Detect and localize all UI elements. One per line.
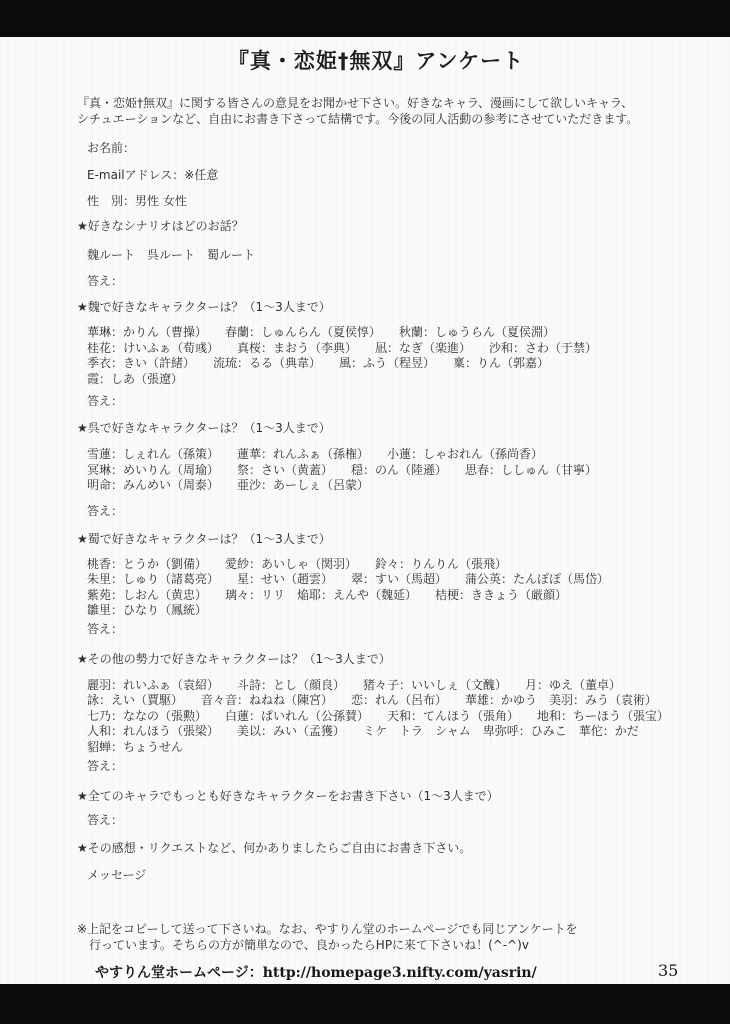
- question-wei: ★魏で好きなキャラクターは？（1～3人まで） 華琳：かりん（曹操） 春蘭：しゅん…: [77, 299, 675, 409]
- others-line: 麗羽：れいふぁ（袁紹） 斗詩：とし（顔良） 猪々子：いいしぇ（文醜） 月：ゆえ（…: [87, 678, 675, 694]
- shu-character-list: 桃香：とうか（劉備） 愛紗：あいしゃ（関羽） 鈴々：りんりん（張飛） 朱里：しゅ…: [77, 557, 675, 619]
- shu-line: 桃香：とうか（劉備） 愛紗：あいしゃ（関羽） 鈴々：りんりん（張飛）: [87, 557, 675, 573]
- others-line: 貂蝉：ちょうせん: [87, 740, 675, 756]
- wei-character-list: 華琳：かりん（曹操） 春蘭：しゅんらん（夏侯惇） 秋蘭：しゅうらん（夏侯淵） 桂…: [77, 325, 675, 387]
- question-shu-heading: ★蜀で好きなキャラクターは？（1～3人まで）: [77, 531, 675, 547]
- question-others: ★その他の勢力で好きなキャラクターは？（1～3人まで） 麗羽：れいふぁ（袁紹） …: [77, 651, 675, 775]
- answer-label: 答え：: [77, 621, 675, 637]
- question-wei-heading: ★魏で好きなキャラクターは？（1～3人まで）: [77, 299, 675, 315]
- others-line: 人和：れんほう（張梁） 美以：みい（孟獲） ミケ トラ シャム 卑弥呼：ひみこ …: [87, 724, 675, 740]
- homepage-footer: やすりん堂ホームページ：http://homepage3.nifty.com/y…: [77, 964, 675, 982]
- question-comments-heading: ★その感想・リクエストなど、何かありましたらご自由にお書き下さい。: [77, 840, 675, 856]
- question-wu: ★呉で好きなキャラクターは？（1～3人まで） 雪蓮：しぇれん（孫策） 蓮華：れん…: [77, 420, 675, 519]
- intro-paragraph: 『真・恋姫†無双』に関する皆さんの意見をお聞かせ下さい。好きなキャラ、漫画にして…: [77, 95, 675, 127]
- question-overall-heading: ★全てのキャラでもっとも好きなキャラクターをお書き下さい（1～3人まで）: [77, 788, 675, 804]
- copy-note: ※上記をコピーして送って下さいね。なお、やすりん堂のホームページでも同じアンケー…: [77, 921, 675, 953]
- shu-line: 雛里：ひなり（鳳統）: [87, 603, 675, 619]
- answer-label: 答え：: [77, 758, 675, 774]
- page-number: 35: [658, 960, 678, 982]
- bottom-border: [0, 984, 730, 1024]
- wu-line: 冥琳：めいりん（周瑜） 祭：さい（黄蓋） 穏：のん（陸遜） 思春：ししゅん（甘寧…: [87, 463, 675, 479]
- homepage-url: http://homepage3.nifty.com/yasrin/: [263, 965, 537, 981]
- others-line: 七乃：ななの（張勲） 白蓮：ぱいれん（公孫賛） 天和：てんほう（張角） 地和：ち…: [87, 709, 675, 725]
- question-comments: ★その感想・リクエストなど、何かありましたらご自由にお書き下さい。 メッセージ: [77, 840, 675, 883]
- message-label: メッセージ: [77, 867, 675, 883]
- scenario-options: 魏ルート 呉ルート 蜀ルート: [77, 247, 675, 263]
- homepage-label: やすりん堂ホームページ：: [95, 965, 263, 981]
- answer-label: 答え：: [77, 812, 675, 828]
- wu-line: 明命：みんめい（周泰） 亜沙：あーしぇ（呂蒙）: [87, 478, 675, 494]
- question-wu-heading: ★呉で好きなキャラクターは？（1～3人まで）: [77, 420, 675, 436]
- others-character-list: 麗羽：れいふぁ（袁紹） 斗詩：とし（顔良） 猪々子：いいしぇ（文醜） 月：ゆえ（…: [77, 678, 675, 756]
- gender-field-label: 性 別：男性 女性: [77, 193, 675, 209]
- question-overall: ★全てのキャラでもっとも好きなキャラクターをお書き下さい（1～3人まで） 答え：: [77, 788, 675, 828]
- others-line: 詠：えい（賈駆） 音々音：ねねね（陳宮） 恋：れん（呂布） 華雄：かゆう 美羽：…: [87, 693, 675, 709]
- answer-label: 答え：: [77, 273, 675, 289]
- wu-line: 雪蓮：しぇれん（孫策） 蓮華：れんふぁ（孫権） 小蓮：しゃおれん（孫尚香）: [87, 447, 675, 463]
- answer-label: 答え：: [77, 503, 675, 519]
- questionnaire-page: 『真・恋姫†無双』アンケート 『真・恋姫†無双』に関する皆さんの意見をお聞かせ下…: [0, 37, 730, 982]
- email-field-label: E-mailアドレス：※任意: [77, 167, 675, 183]
- question-others-heading: ★その他の勢力で好きなキャラクターは？（1～3人まで）: [77, 651, 675, 667]
- name-field-label: お名前：: [77, 140, 675, 156]
- copy-note-line-1: ※上記をコピーして送って下さいね。なお、やすりん堂のホームページでも同じアンケー…: [77, 921, 675, 937]
- question-scenario-heading: ★好きなシナリオはどのお話？: [77, 218, 675, 234]
- page-title: 『真・恋姫†無双』アンケート: [77, 48, 675, 74]
- top-border: [0, 0, 730, 37]
- wei-line: 季衣：きい（許緒） 流琉：るる（典韋） 風：ふう（程昱） 稟：りん（郭嘉）: [87, 356, 675, 372]
- wei-line: 桂花：けいふぁ（荀彧） 真桜：まおう（李典） 凪：なぎ（楽進） 沙和：さわ（于禁…: [87, 341, 675, 357]
- question-scenario: ★好きなシナリオはどのお話？ 魏ルート 呉ルート 蜀ルート 答え：: [77, 218, 675, 289]
- copy-note-line-2: 行っています。そちらの方が簡単なので、良かったらHPに来て下さいね！(^-^)v: [77, 937, 675, 953]
- intro-line-1: 『真・恋姫†無双』に関する皆さんの意見をお聞かせ下さい。好きなキャラ、漫画にして…: [77, 95, 675, 111]
- shu-line: 紫苑：しおん（黄忠） 璃々：リリ 焔耶：えんや（魏延） 桔梗：ききょう（厳顔）: [87, 588, 675, 604]
- question-shu: ★蜀で好きなキャラクターは？（1～3人まで） 桃香：とうか（劉備） 愛紗：あいし…: [77, 531, 675, 637]
- answer-label: 答え：: [77, 393, 675, 409]
- shu-line: 朱里：しゅり（諸葛亮） 星：せい（趙雲） 翠：すい（馬超） 蒲公英：たんぽぽ（馬…: [87, 572, 675, 588]
- wu-character-list: 雪蓮：しぇれん（孫策） 蓮華：れんふぁ（孫権） 小蓮：しゃおれん（孫尚香） 冥琳…: [77, 447, 675, 494]
- wei-line: 霞：しあ（張遼）: [87, 372, 675, 388]
- wei-line: 華琳：かりん（曹操） 春蘭：しゅんらん（夏侯惇） 秋蘭：しゅうらん（夏侯淵）: [87, 325, 675, 341]
- intro-line-2: シチュエーションなど、自由にお書き下さって結構です。今後の同人活動の参考にさせて…: [77, 111, 675, 127]
